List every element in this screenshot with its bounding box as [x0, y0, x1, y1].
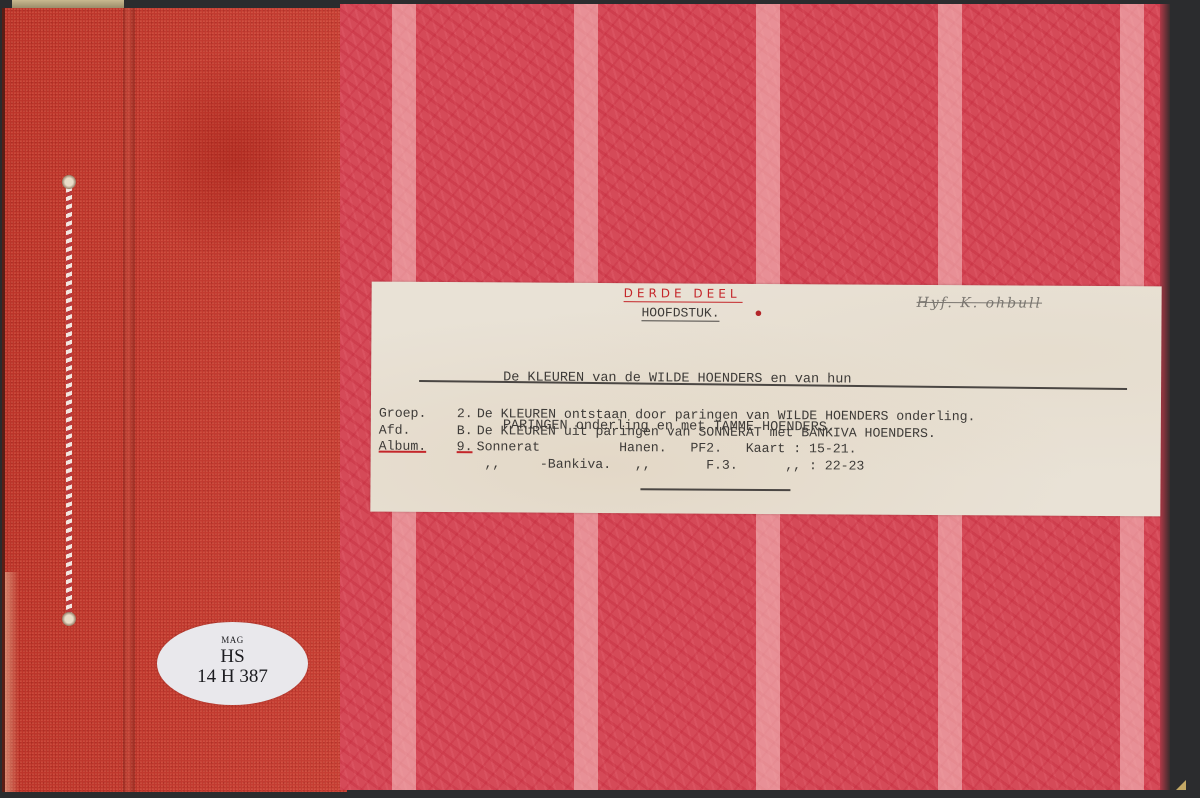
cloth-discoloration	[135, 48, 335, 268]
shelf-mark-location: MAG	[157, 622, 308, 645]
row-key: Groep.	[379, 406, 457, 423]
red-ink-mark-icon: ●	[754, 306, 762, 321]
row-number	[457, 456, 477, 473]
row-key	[379, 455, 457, 472]
row-key: Album.	[379, 439, 457, 456]
pencil-signature: Hyf. K. ohbull	[917, 295, 1043, 312]
row-key: Afd.	[379, 422, 457, 439]
row-number: 9.	[457, 439, 477, 456]
binding-hole-bottom	[62, 612, 76, 626]
typed-cover-label: DERDE DEEL HOOFDSTUK. ● Hyf. K. ohbull D…	[370, 282, 1161, 517]
cloth-wear-edge	[5, 572, 19, 792]
binding-hole-top	[62, 175, 76, 189]
board-corner	[1176, 780, 1186, 790]
classification-rows: Groep. 2. De KLEUREN ontstaan door parin…	[379, 406, 976, 476]
board-right-edge	[1160, 4, 1170, 790]
part-heading: DERDE DEEL	[624, 286, 743, 303]
closing-rule	[640, 488, 790, 491]
scanned-book-cover: MAG HS 14 H 387 DERDE DEEL HOOFDSTUK. ● …	[0, 0, 1200, 798]
spine-hinge	[123, 8, 135, 792]
shelf-mark-collection: HS	[157, 647, 308, 667]
chapter-heading: HOOFDSTUK.	[641, 305, 719, 321]
shelf-mark-label: MAG HS 14 H 387	[157, 622, 308, 705]
row-album-continued: ,, -Bankiva. ,, F.3. ,, : 22-23	[379, 455, 976, 475]
row-number: B.	[457, 423, 477, 440]
row-text: ,, -Bankiva. ,, F.3. ,, : 22-23	[477, 456, 865, 475]
binding-string	[66, 180, 72, 620]
row-number: 2.	[457, 406, 477, 423]
shelf-mark-number: 14 H 387	[157, 667, 308, 687]
